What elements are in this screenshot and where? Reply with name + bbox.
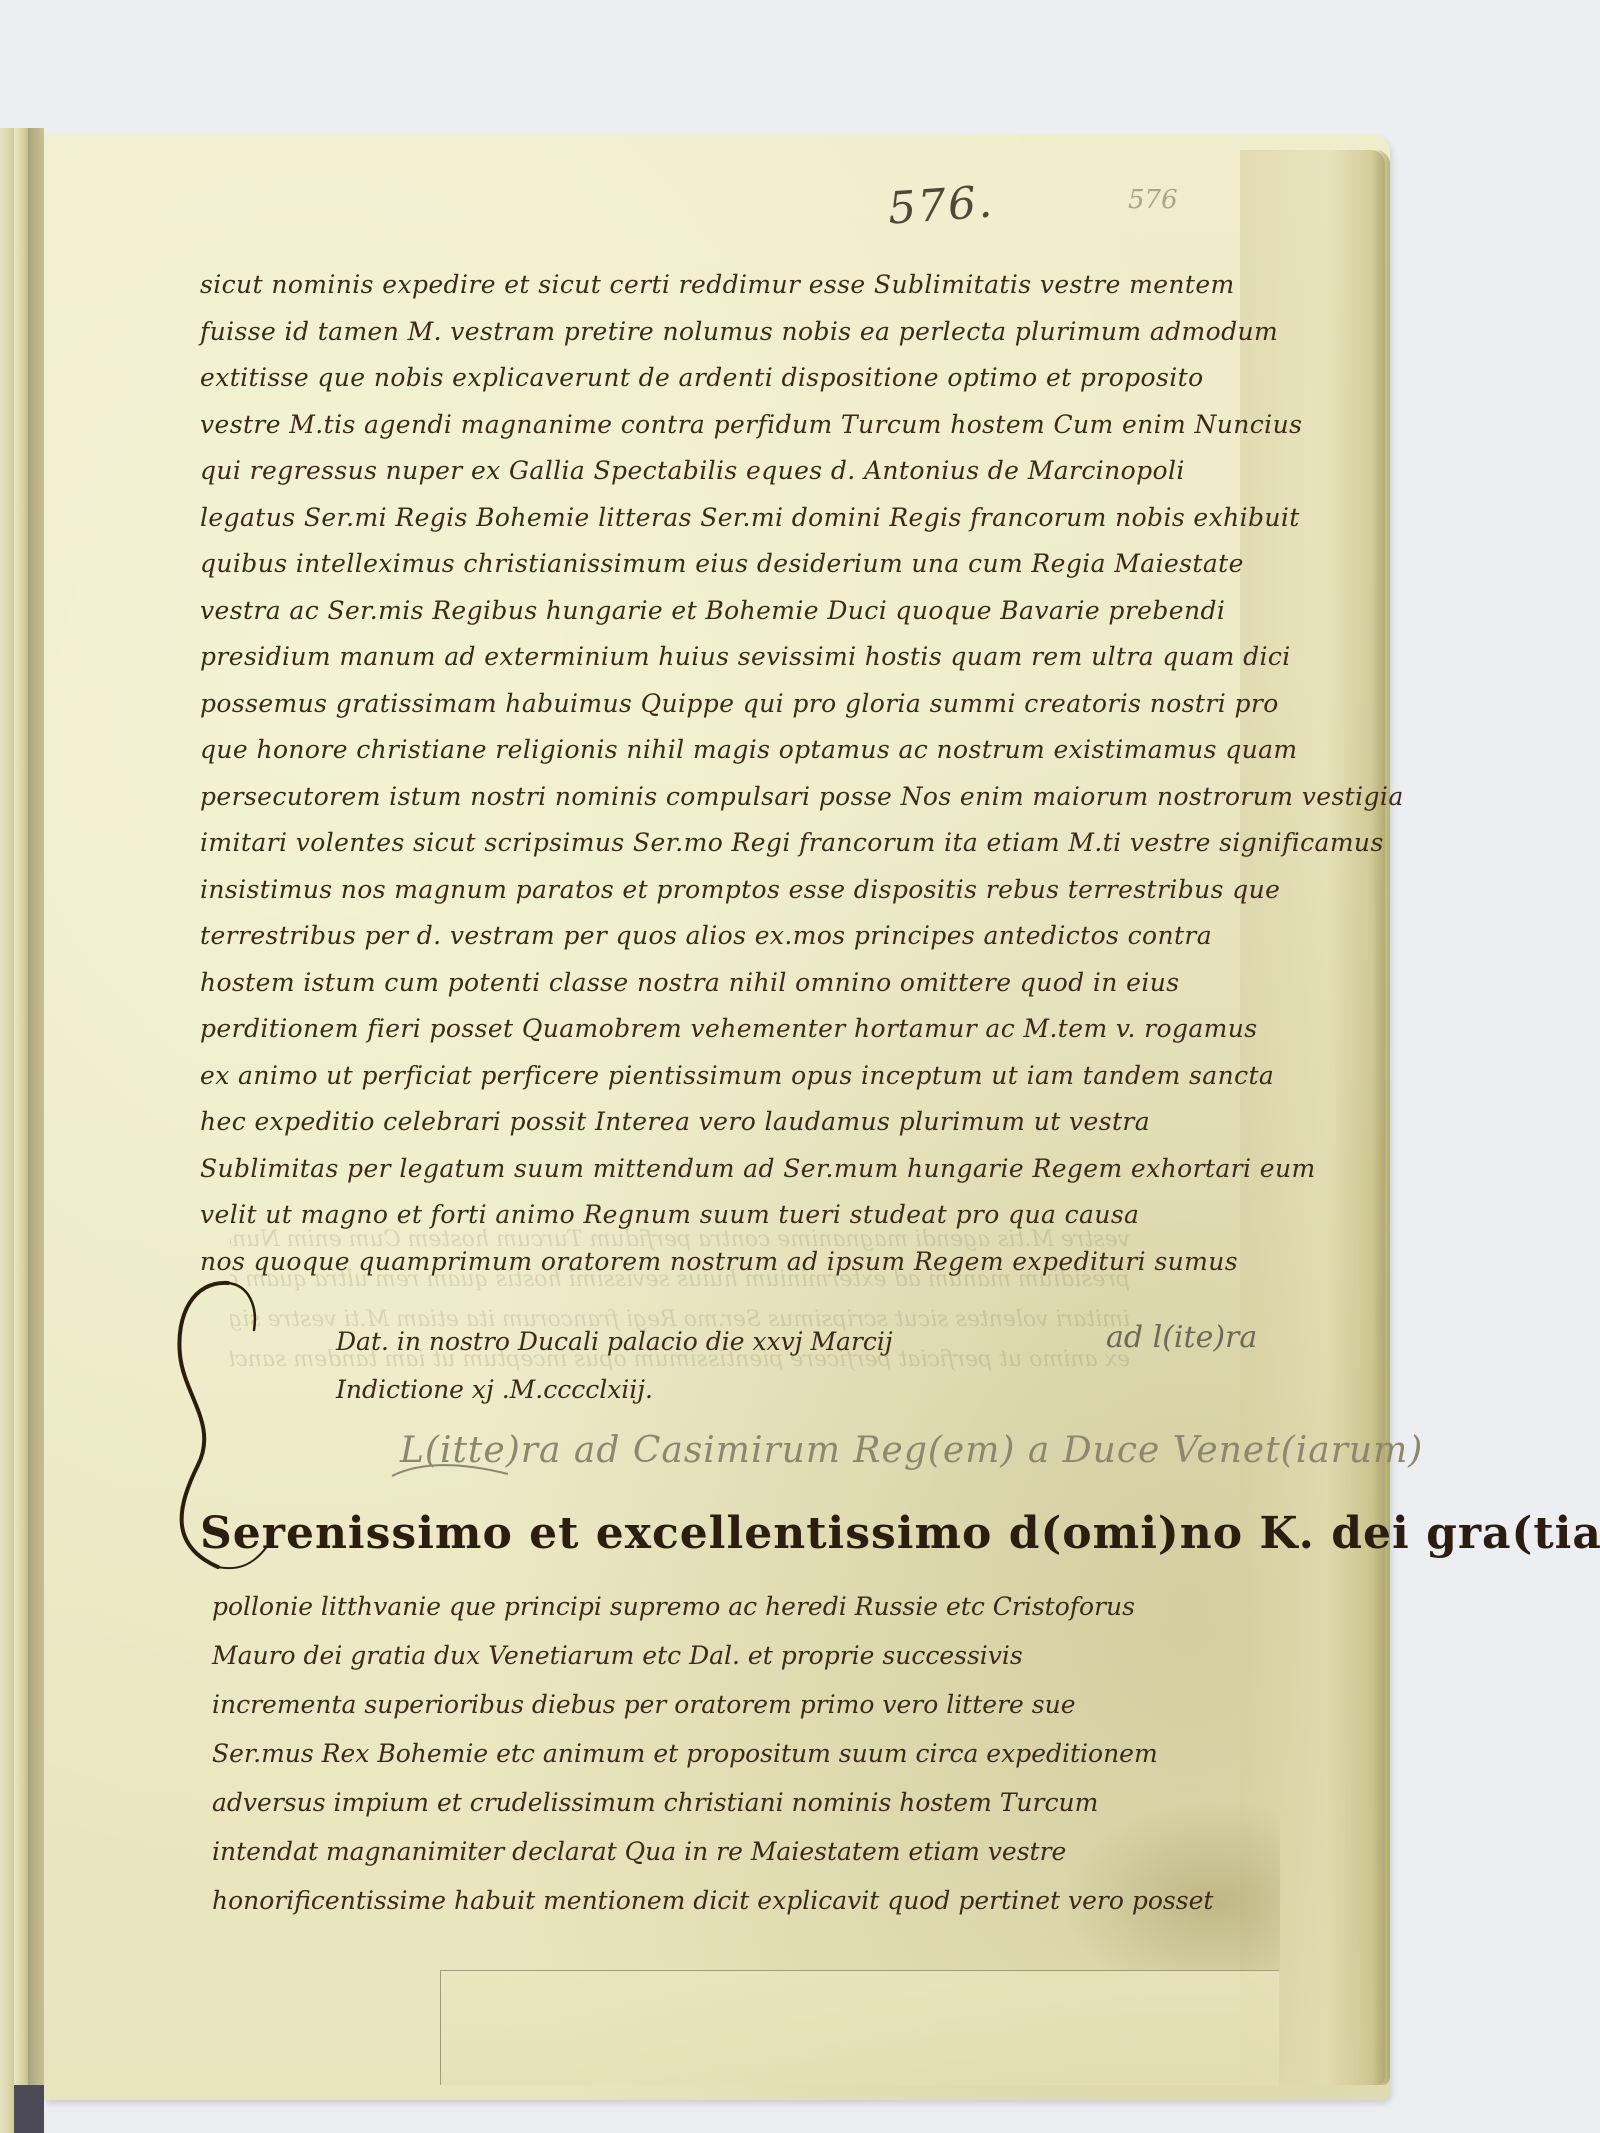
text-line: perditionem fieri posset Quamobrem vehem…: [200, 1006, 1160, 1053]
dating-clause: Dat. in nostro Ducali palacio die xxvj M…: [336, 1318, 893, 1414]
text-line: imitari volentes sicut scripsimus Ser.mo…: [200, 820, 1160, 867]
folio-repair-strip: [1240, 150, 1385, 2085]
letter-text-block: pollonie litthvanie que principi supremo…: [212, 1582, 1172, 1925]
text-line: persecutorem istum nostri nominis compul…: [200, 774, 1160, 821]
text-line: hec expeditio celebrari possit Interea v…: [200, 1099, 1160, 1146]
text-line: hostem istum cum potenti classe nostra n…: [200, 960, 1160, 1007]
text-line: vestra ac Ser.mis Regibus hungarie et Bo…: [200, 588, 1160, 635]
text-line: extitisse que nobis explicaverunt de ard…: [200, 355, 1160, 402]
text-line: possemus gratissimam habuimus Quippe qui…: [200, 681, 1160, 728]
binding-corner: [14, 2085, 44, 2133]
text-line: adversus impium et crudelissimum christi…: [212, 1778, 1172, 1827]
text-line: honorificentissime habuit mentionem dici…: [212, 1876, 1172, 1925]
text-line: presidium manum ad exterminium huius sev…: [200, 634, 1160, 681]
text-line: legatus Ser.mi Regis Bohemie litteras Se…: [200, 495, 1160, 542]
text-line: velit ut magno et forti animo Regnum suu…: [200, 1192, 1160, 1239]
folio-number-pencil: 576: [1128, 185, 1178, 215]
text-line: ex animo ut perficiat perficere pientiss…: [200, 1053, 1160, 1100]
text-line: pollonie litthvanie que principi supremo…: [212, 1582, 1172, 1631]
main-text-block: sicut nominis expedire et sicut certi re…: [200, 262, 1160, 1285]
binding-strip: [14, 128, 28, 2133]
text-line: terrestribus per d. vestram per quos ali…: [200, 913, 1160, 960]
binding-shadow: [28, 128, 44, 2133]
text-line: qui regressus nuper ex Gallia Spectabili…: [200, 448, 1160, 495]
folio-number-ink: 576.: [886, 176, 995, 234]
binding-gutter: [0, 128, 14, 2133]
marginal-note: ad l(ite)ra: [1106, 1320, 1257, 1355]
paper-repair-patch: [440, 1970, 1279, 2085]
dating-line: Indictione xj .M.cccclxiij.: [336, 1366, 893, 1414]
text-line: vestre M.tis agendi magnanime contra per…: [200, 402, 1160, 449]
text-line: insistimus nos magnum paratos et prompto…: [200, 867, 1160, 914]
text-line: quibus intelleximus christianissimum eiu…: [200, 541, 1160, 588]
letter-address-heading: Serenissimo et excellentissimo d(omi)no …: [200, 1508, 1600, 1559]
text-line: incrementa superioribus diebus per orato…: [212, 1680, 1172, 1729]
text-line: nos quoque quamprimum oratorem nostrum a…: [200, 1239, 1160, 1286]
text-line: Ser.mus Rex Bohemie etc animum et propos…: [212, 1729, 1172, 1778]
text-line: fuisse id tamen M. vestram pretire nolum…: [200, 309, 1160, 356]
letter-rubric: L(itte)ra ad Casimirum Reg(em) a Duce Ve…: [400, 1430, 1423, 1471]
text-line: Mauro dei gratia dux Venetiarum etc Dal.…: [212, 1631, 1172, 1680]
text-line: sicut nominis expedire et sicut certi re…: [200, 262, 1160, 309]
dating-line: Dat. in nostro Ducali palacio die xxvj M…: [336, 1318, 893, 1366]
text-line: Sublimitas per legatum suum mittendum ad…: [200, 1146, 1160, 1193]
folio-edge: [1372, 150, 1390, 2085]
text-line: intendat magnanimiter declarat Qua in re…: [212, 1827, 1172, 1876]
text-line: que honore christiane religionis nihil m…: [200, 727, 1160, 774]
